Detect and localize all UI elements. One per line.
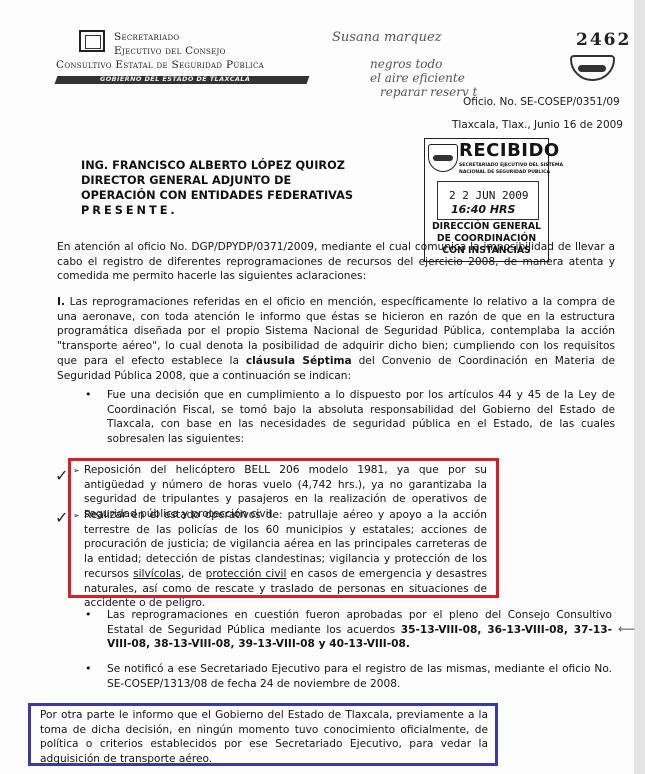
- handwritten-name: Susana marquez: [332, 30, 441, 45]
- sub-item-operations: ➢ Realizar en el estado operativos de: p…: [84, 508, 487, 611]
- sub-item-2-underlined-2: protección civil: [206, 568, 287, 580]
- stamp-date: 2 2 JUN 2009: [449, 189, 528, 202]
- stamp-time: 16:40 HRS: [451, 203, 515, 216]
- section-1-paragraph: I. Las reprogramaciones referidas en el …: [57, 295, 615, 383]
- intro-paragraph: En atención al oficio No. DGP/DPYDP/0371…: [57, 240, 615, 284]
- bullet-icon: •: [85, 608, 92, 623]
- checkmark-icon: ✓: [55, 466, 68, 485]
- bullet-item-3: • Se notificó a ese Secretariado Ejecuti…: [107, 662, 612, 691]
- handwritten-line-2: el aire eficiente: [370, 71, 465, 85]
- closing-paragraph: Por otra parte le informo que el Gobiern…: [40, 708, 488, 767]
- presente: PRESENTE.: [81, 203, 353, 218]
- document-number: 2462: [576, 30, 631, 50]
- bullet-3-text: Se notificó a ese Secretariado Ejecutivo…: [107, 663, 612, 690]
- sub-item-2-text-b: , de: [181, 568, 206, 580]
- stamp-title: RECIBIDO: [459, 140, 560, 161]
- org-line-3: Consultivo Estatal de Seguridad Pública: [56, 59, 264, 71]
- stamp-footer-1: DIRECCIÓN GENERAL: [425, 221, 548, 232]
- org-line-2: Ejecutivo del Consejo: [114, 45, 226, 57]
- arrow-bullet-icon: ➢: [73, 464, 80, 479]
- shield-seal-icon: [570, 55, 615, 81]
- scan-edge: [634, 0, 645, 774]
- bullet-icon: •: [85, 388, 92, 403]
- stamp-logo-icon: [428, 144, 458, 172]
- addressee-block: ING. FRANCISCO ALBERTO LÓPEZ QUIROZ DIRE…: [81, 158, 353, 218]
- oficio-reference: Oficio. No. SE-COSEP/0351/09: [463, 96, 620, 108]
- header-band-text: GOBIERNO DEL ESTADO DE TLAXCALA: [100, 75, 250, 83]
- bullet-1-text: Fue una decisión que en cumplimiento a l…: [107, 389, 615, 445]
- org-line-1: Secretariado: [114, 31, 179, 43]
- addressee-title-2: OPERACIÓN CON ENTIDADES FEDERATIVAS: [81, 188, 353, 203]
- sub-item-2-underlined-1: silvícolas: [133, 568, 181, 580]
- handwritten-arrow-mark: ⟵: [618, 622, 635, 636]
- section-1-clause: cláusula Séptima: [246, 355, 352, 367]
- bullet-icon: •: [85, 662, 92, 677]
- bullet-item-1: • Fue una decisión que en cumplimiento a…: [107, 388, 615, 447]
- addressee-title-1: DIRECTOR GENERAL ADJUNTO DE: [81, 173, 353, 188]
- section-1-label: I.: [57, 296, 65, 308]
- place-date: Tlaxcala, Tlax., Junio 16 de 2009: [452, 119, 623, 131]
- state-crest-icon: [79, 30, 105, 52]
- bullet-item-2: • Las reprogramaciones en cuestión fuero…: [107, 608, 612, 652]
- stamp-sub-1: SECRETARIADO EJECUTIVO DEL SISTEMA: [459, 163, 563, 168]
- arrow-bullet-icon: ➢: [73, 509, 80, 524]
- addressee-name: ING. FRANCISCO ALBERTO LÓPEZ QUIROZ: [81, 158, 353, 173]
- stamp-sub-2: NACIONAL DE SEGURIDAD PUBLICA: [459, 170, 550, 175]
- handwritten-line-1: negros todo: [370, 57, 442, 71]
- checkmark-icon: ✓: [55, 508, 68, 527]
